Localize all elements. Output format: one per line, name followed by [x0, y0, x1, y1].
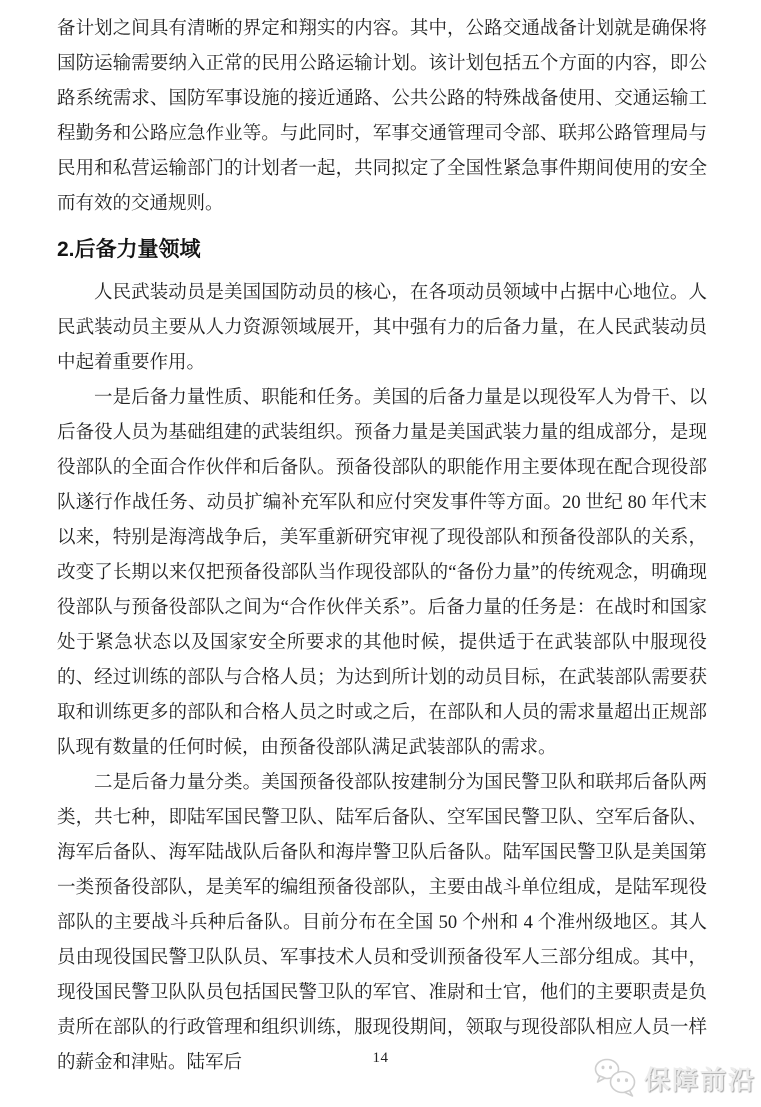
section-heading: 2.后备力量领域 — [57, 237, 707, 263]
document-body: 备计划之间具有清晰的界定和翔实的内容。其中，公路交通战备计划就是确保将国防运输需… — [57, 12, 707, 1081]
watermark: 保障前沿 — [593, 1058, 756, 1098]
watermark-label: 保障前沿 — [644, 1060, 756, 1097]
body-paragraph: 一是后备力量性质、职能和任务。美国的后备力量是以现役军人为骨干、以后备役人员为基… — [57, 381, 707, 766]
document-page: 备计划之间具有清晰的界定和翔实的内容。其中，公路交通战备计划就是确保将国防运输需… — [0, 0, 761, 1107]
body-paragraph: 人民武装动员是美国国防动员的核心，在各项动员领域中占据中心地位。人民武装动员主要… — [57, 276, 707, 381]
body-paragraph-continuation: 备计划之间具有清晰的界定和翔实的内容。其中，公路交通战备计划就是确保将国防运输需… — [57, 12, 707, 222]
body-paragraph: 二是后备力量分类。美国预备役部队按建制分为国民警卫队和联邦后备队两类，共七种，即… — [57, 766, 707, 1081]
wechat-icon — [593, 1058, 639, 1098]
